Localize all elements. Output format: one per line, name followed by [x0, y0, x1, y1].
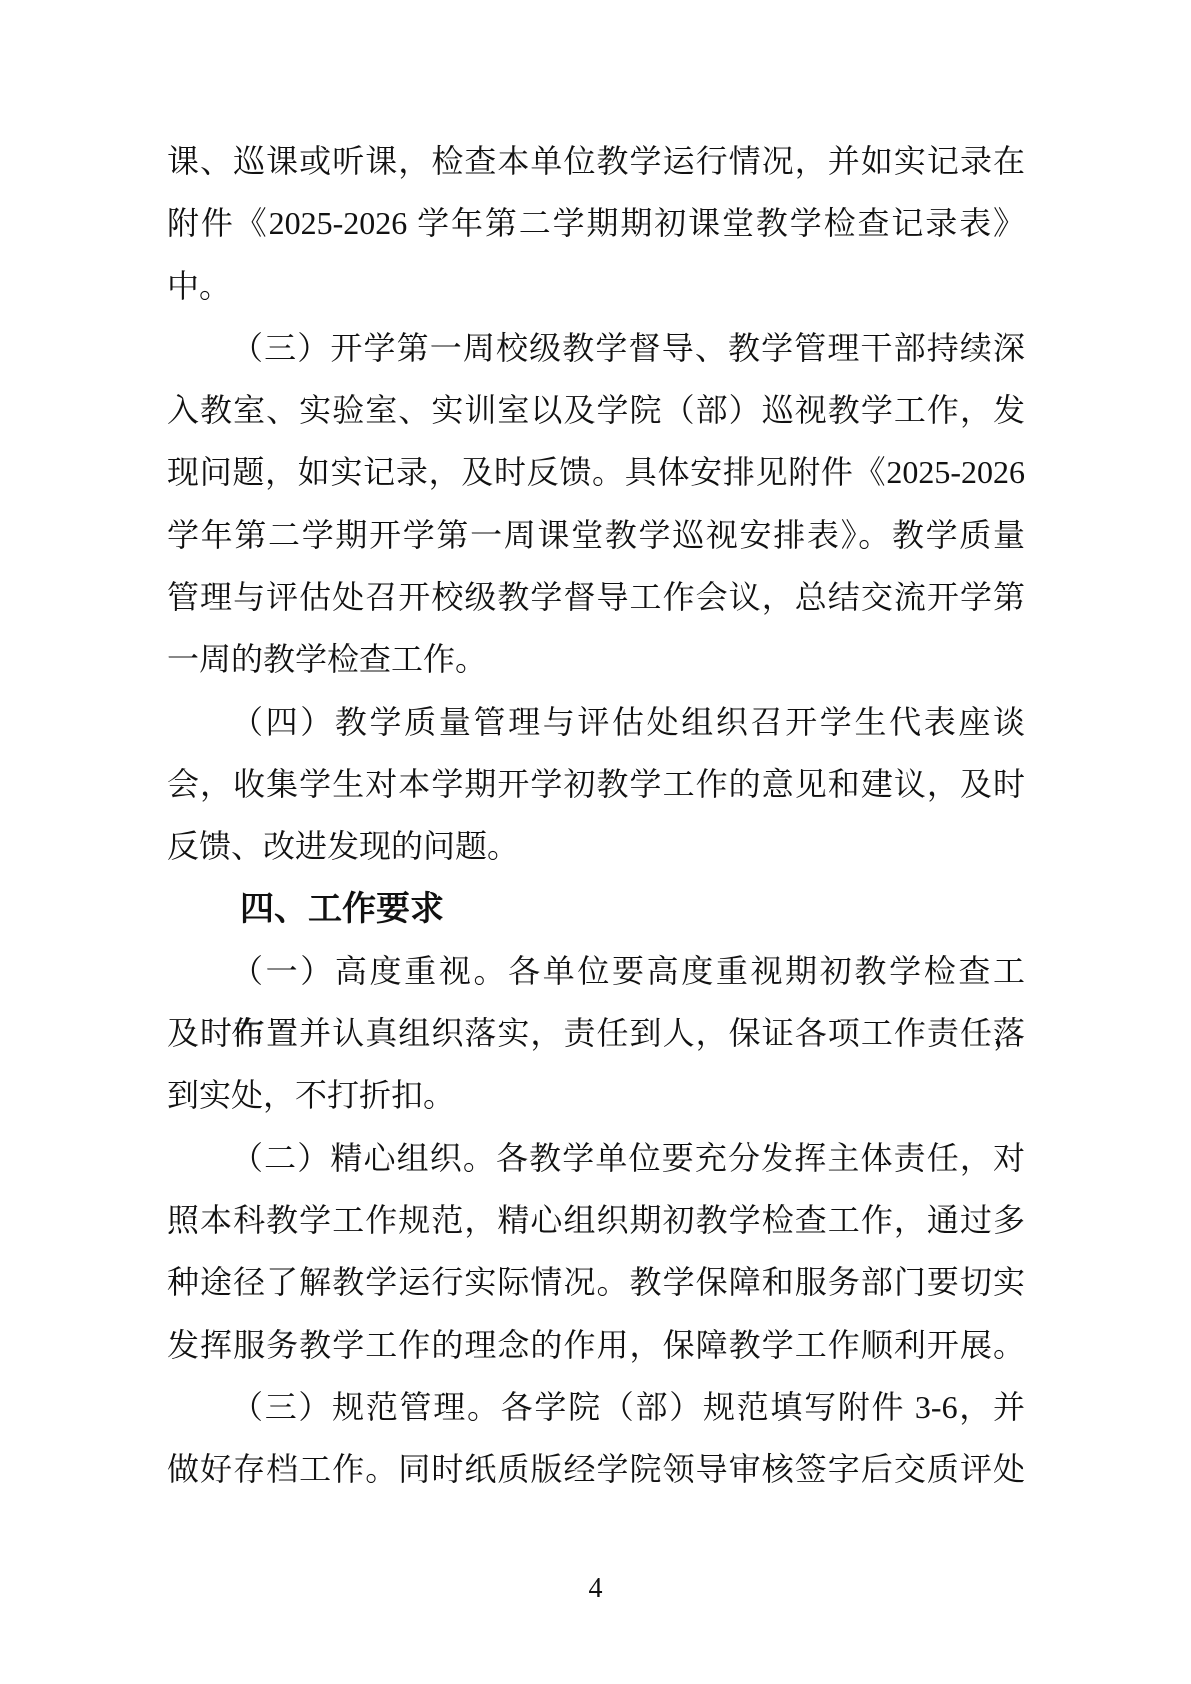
text-line: 照本科教学工作规范，精心组织期初教学检查工作，通过多: [167, 1189, 1025, 1251]
document-body: 课、巡课或听课，检查本单位教学运行情况，并如实记录在附件《2025-2026 学…: [167, 130, 1025, 1501]
text-line: 到实处，不打折扣。: [167, 1064, 1025, 1126]
text-line: 学年第二学期开学第一周课堂教学巡视安排表》。教学质量: [167, 504, 1025, 566]
text-line: 种途径了解教学运行实际情况。教学保障和服务部门要切实: [167, 1251, 1025, 1313]
text-line: （三）规范管理。各学院（部）规范填写附件 3-6，并: [167, 1376, 1025, 1438]
text-line: 现问题，如实记录，及时反馈。具体安排见附件《2025-2026: [167, 441, 1025, 503]
text-line: 及时布置并认真组织落实，责任到人，保证各项工作责任落: [167, 1002, 1025, 1064]
text-line: 管理与评估处召开校级教学督导工作会议，总结交流开学第: [167, 566, 1025, 628]
text-line: 附件《2025-2026 学年第二学期期初课堂教学检查记录表》: [167, 192, 1025, 254]
text-line: （二）精心组织。各教学单位要充分发挥主体责任，对: [167, 1127, 1025, 1189]
text-line: 做好存档工作。同时纸质版经学院领导审核签字后交质评处: [167, 1438, 1025, 1500]
section-heading: 四、工作要求: [167, 878, 1025, 940]
text-line: （一）高度重视。各单位要高度重视期初教学检查工作，: [167, 940, 1025, 1002]
text-line: 发挥服务教学工作的理念的作用，保障教学工作顺利开展。: [167, 1314, 1025, 1376]
text-line: 一周的教学检查工作。: [167, 628, 1025, 690]
text-line: 反馈、改进发现的问题。: [167, 815, 1025, 877]
document-page: 课、巡课或听课，检查本单位教学运行情况，并如实记录在附件《2025-2026 学…: [0, 0, 1191, 1684]
text-line: 会，收集学生对本学期开学初教学工作的意见和建议，及时: [167, 753, 1025, 815]
page-number: 4: [0, 1574, 1191, 1604]
text-line: （三）开学第一周校级教学督导、教学管理干部持续深: [167, 317, 1025, 379]
text-line: 课、巡课或听课，检查本单位教学运行情况，并如实记录在: [167, 130, 1025, 192]
text-line: （四）教学质量管理与评估处组织召开学生代表座谈: [167, 691, 1025, 753]
text-line: 入教室、实验室、实训室以及学院（部）巡视教学工作，发: [167, 379, 1025, 441]
text-line: 中。: [167, 255, 1025, 317]
